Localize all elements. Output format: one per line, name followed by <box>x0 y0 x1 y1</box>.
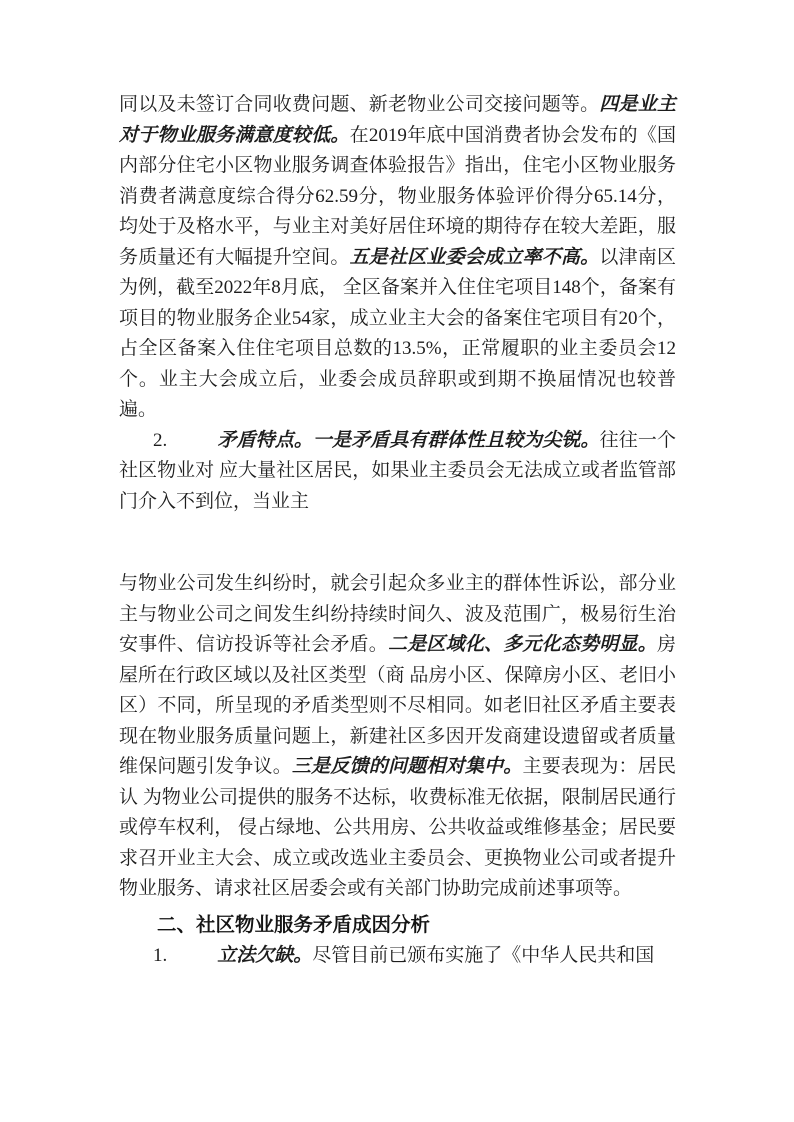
paragraph-conflict-features: 2.矛盾特点。一是矛盾具有群体性且较为尖锐。往往一个社区物业对 应大量社区居民，… <box>119 426 676 518</box>
text-run: 主要表现为：居民认 为物业公司提供的服务不达标，收费标准无依据，限制居民通行或停… <box>119 756 676 899</box>
text-run: 同以及未签订合同收费问题、新老物业公司交接问题等。 <box>119 94 599 115</box>
paragraph-owner-satisfaction: 同以及未签订合同收费问题、新老物业公司交接问题等。四是业主对于物业服务满意度较低… <box>119 90 676 426</box>
list-number: 1. <box>153 945 167 966</box>
text-run-emphasis: 立法欠缺。 <box>217 945 312 966</box>
list-number: 2. <box>153 430 167 451</box>
page-gap <box>119 517 676 569</box>
text-run-emphasis: 三是反馈的问题相对集中。 <box>292 756 523 777</box>
text-run: 尽管目前已颁布实施了《中华人民共和国 <box>312 945 654 966</box>
text-run: 以津南区为例，截至2022年8月底， 全区备案并入住住宅项目148个，备案有项目… <box>119 247 676 421</box>
paragraph-conflict-continued: 与物业公司发生纠纷时，就会引起众多业主的群体性诉讼，部分业主与物业公司之间发生纠… <box>119 569 676 905</box>
document-page: 同以及未签订合同收费问题、新老物业公司交接问题等。四是业主对于物业服务满意度较低… <box>0 0 794 1122</box>
text-run-emphasis: 二是区域化、多元化态势明显。 <box>388 634 657 655</box>
paragraph-legislation-gap: 1.立法欠缺。尽管目前已颁布实施了《中华人民共和国 <box>119 941 676 972</box>
text-run-emphasis: 五是社区业委会成立率不高。 <box>350 247 600 268</box>
section-heading-cause-analysis: 二、社区物业服务矛盾成因分析 <box>119 910 676 941</box>
text-run-emphasis: 矛盾特点。一是矛盾具有群体性且较为尖锐。 <box>217 430 599 451</box>
